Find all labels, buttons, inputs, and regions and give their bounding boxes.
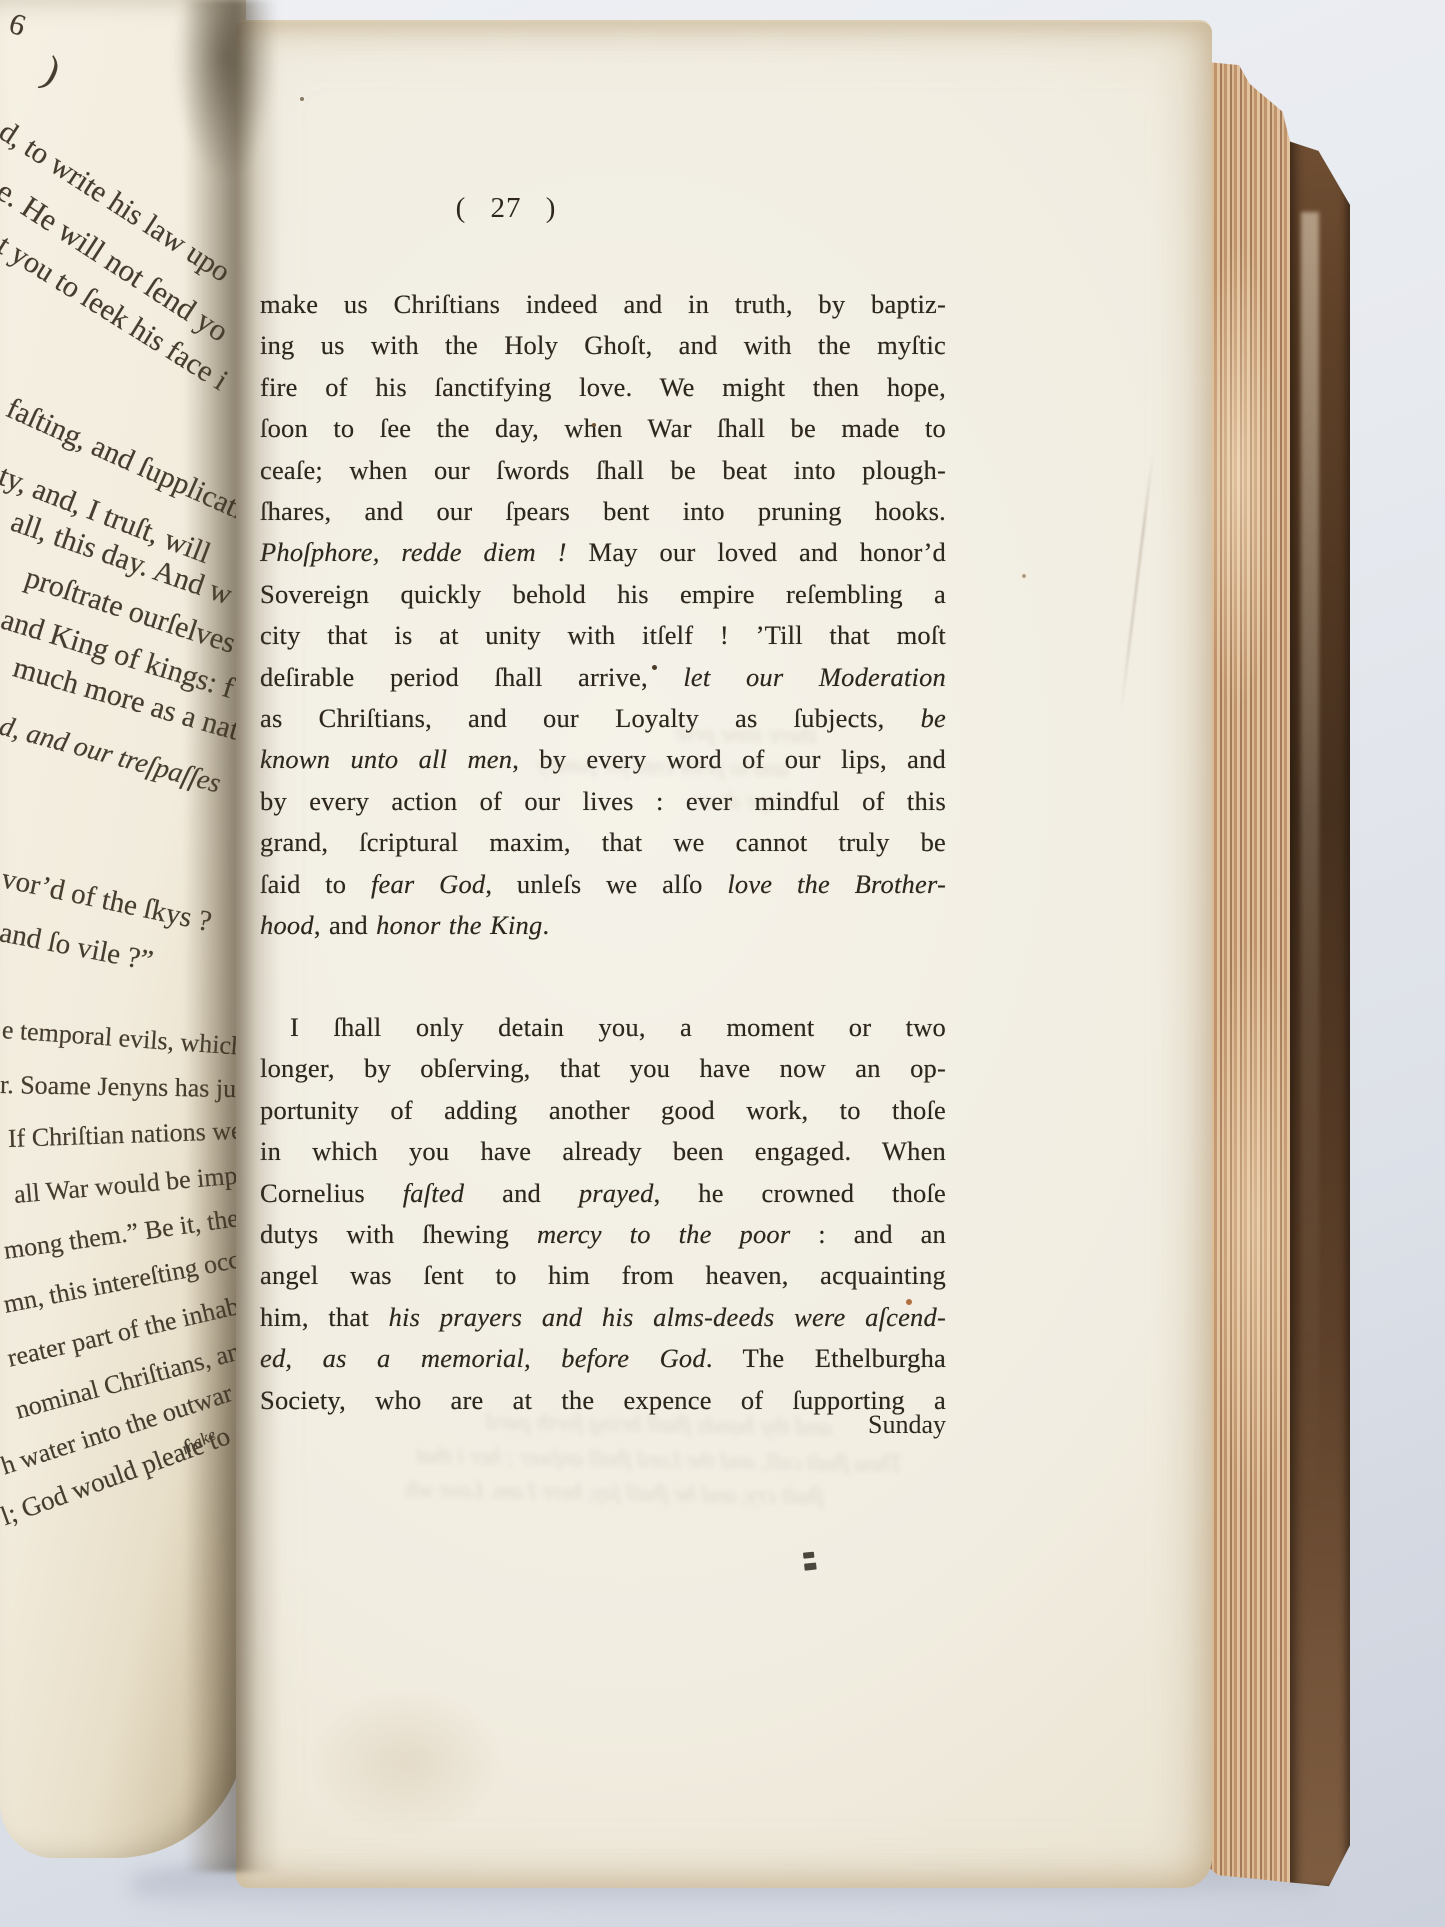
verso-page: 6)d, to write his law upoe. He will not … xyxy=(0,0,246,1858)
text-line: in which you have already been engaged. … xyxy=(260,1131,946,1172)
show-through-line: ſhalt cry, and he ſhall ſay, here I am. … xyxy=(406,1476,824,1509)
verso-text-fragment: all War would be impoſ xyxy=(13,1159,246,1210)
text-line: ed, as a memorial, before God. The Ethel… xyxy=(260,1338,946,1379)
text-line: longer, by obſerving, that you have now … xyxy=(260,1048,946,1089)
text-line: ſhares, and our ſpears bent into pruning… xyxy=(260,491,946,532)
text-line: Phoſphore, redde diem ! May our loved an… xyxy=(260,532,946,573)
text-line: hood, and honor the King. xyxy=(260,905,946,946)
show-through-line: Thou ſhalt call, and the Lord ſhall anſw… xyxy=(416,1443,902,1477)
text-line: as Chriſtians, and our Loyalty as ſubjec… xyxy=(260,698,946,739)
text-line: ſaid to fear God, unleſs we alſo love th… xyxy=(260,864,946,905)
verso-text-fragment: e temporal evils, which we xyxy=(1,1015,246,1064)
show-through-line: hope dt ev xyxy=(696,787,791,815)
recto-page-27: ( 27 ) make us Chriſtians indeed and in … xyxy=(236,20,1212,1888)
book-photograph: 6)d, to write his law upoe. He will not … xyxy=(0,0,1445,1927)
foxing-spot xyxy=(592,423,596,427)
page-edge-streaks xyxy=(1200,26,1296,1890)
text-line: grand, ſcriptural maxim, that we cannot … xyxy=(260,822,946,863)
text-line: fire of his ſanctifying love. We might t… xyxy=(260,367,946,408)
show-through-line: and to print cnto for ſundry xyxy=(536,752,789,782)
verso-text-fragment: ) xyxy=(36,46,68,94)
verso-text-fragment: If Chriſtian nations were xyxy=(7,1115,246,1154)
paper-stain xyxy=(276,1662,536,1862)
text-line: dutys with ſhewing mercy to the poor : a… xyxy=(260,1214,946,1255)
foxing-spot xyxy=(652,665,657,670)
foxing-spot xyxy=(906,1299,912,1305)
text-line: Sovereign quickly behold his empire reſe… xyxy=(260,574,946,615)
text-line: him, that his prayers and his alms-deeds… xyxy=(260,1297,946,1338)
text-line: deſirable period ſhall arrive, let our M… xyxy=(260,657,946,698)
text-line: portunity of adding another good work, t… xyxy=(260,1090,946,1131)
text-line: ceaſe; when our ſwords ſhall be beat int… xyxy=(260,450,946,491)
text-line: I ſhall only detain you, a moment or two xyxy=(260,1007,946,1048)
page-number-header: ( 27 ) xyxy=(356,192,656,225)
text-line: make us Chriſtians indeed and in truth, … xyxy=(260,284,946,325)
show-through-line: there inne prte xyxy=(676,721,817,750)
book-fore-edge xyxy=(1200,26,1350,1890)
text-line: city that is at unity with itſelf ! ’Til… xyxy=(260,615,946,656)
text-line: by every action of our lives : ever mind… xyxy=(260,781,946,822)
text-line: angel was ſent to him from heaven, acqua… xyxy=(260,1255,946,1296)
paper-crease xyxy=(1120,453,1154,711)
text-line: ing us with the Holy Ghoſt, and with the… xyxy=(260,325,946,366)
verso-text-fragment: 6 xyxy=(5,7,30,44)
ink-mark xyxy=(803,1551,819,1574)
book-cover-board xyxy=(1290,26,1350,1890)
verso-text-fragment: and ſo vile ?” xyxy=(0,916,156,978)
verso-text-fragment: r. Soame Jenyns has juſtly xyxy=(0,1070,246,1105)
paragraph-2: I ſhall only detain you, a moment or two… xyxy=(260,1007,946,1421)
text-line: ſoon to ſee the day, when War ſhall be m… xyxy=(260,408,946,449)
text-line: Cornelius faſted and prayed, he crowned … xyxy=(260,1173,946,1214)
board-highlight xyxy=(1301,212,1319,1517)
foxing-spot xyxy=(300,97,304,101)
paragraph-1: make us Chriſtians indeed and in truth, … xyxy=(260,284,946,947)
foxing-spot xyxy=(1022,574,1026,578)
